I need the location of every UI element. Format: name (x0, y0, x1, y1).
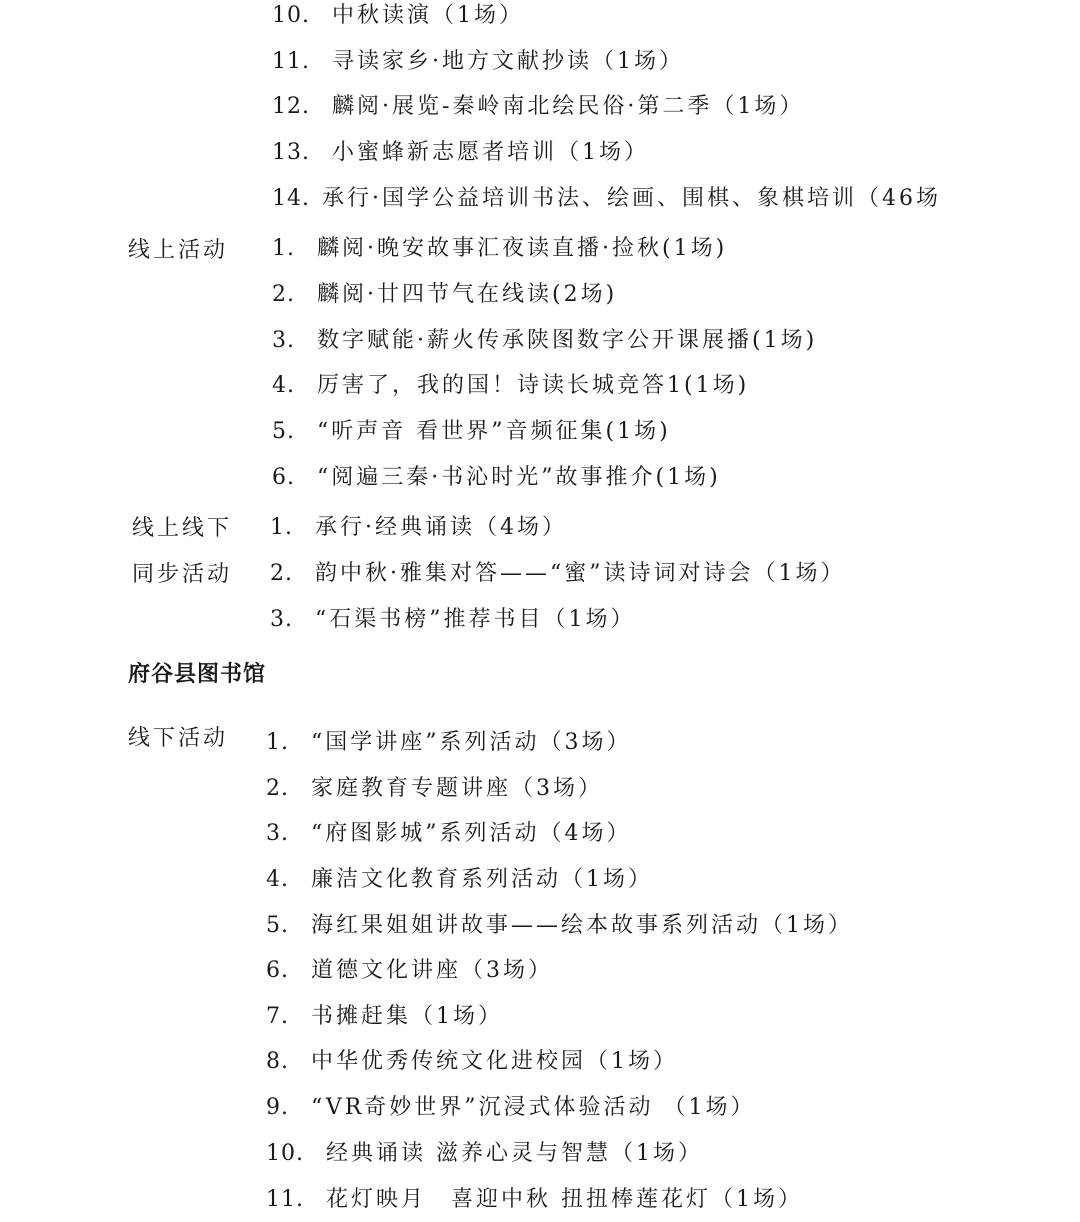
item-number: 11. (272, 47, 310, 77)
item-number: 11. (266, 1185, 304, 1215)
list-item: 2. 麟阅·廿四节气在线读(2场) (272, 280, 617, 310)
section-title-fugu-library: 府谷县图书馆 (128, 659, 266, 689)
list-item: 10. 中秋读演（1场） (272, 1, 524, 31)
item-number: 8. (266, 1047, 289, 1077)
item-number: 10. (266, 1139, 304, 1169)
item-text: 家庭教育专题讲座（3场） (311, 776, 603, 801)
list-item: 5. 海红果姐姐讲故事——绘本故事系列活动（1场） (266, 911, 853, 941)
item-number: 14. (272, 184, 310, 214)
category-label-offline: 线下活动 (128, 724, 228, 754)
item-number: 10. (272, 1, 310, 31)
list-item: 11. 花灯映月 喜迎中秋 扭扭棒莲花灯（1场） (266, 1185, 803, 1215)
item-number: 6. (266, 956, 289, 986)
item-text: 书摊赶集（1场） (311, 1004, 503, 1029)
list-item: 6. “阅遍三秦·书沁时光”故事推介(1场) (272, 463, 721, 493)
item-number: 1. (272, 234, 295, 264)
item-text: “听声音 看世界”音频征集(1场) (317, 419, 671, 444)
list-item: 2. 家庭教育专题讲座（3场） (266, 774, 603, 804)
list-item: 9. “VR奇妙世界”沉浸式体验活动 （1场） (266, 1093, 756, 1123)
item-text: 中华优秀传统文化进校园（1场） (311, 1049, 678, 1074)
list-item: 13. 小蜜蜂新志愿者培训（1场） (272, 138, 649, 168)
list-item: 3. “石渠书榜”推荐书目（1场） (270, 605, 636, 635)
item-text: 寻读家乡·地方文献抄读（1场） (332, 49, 684, 74)
list-item: 5. “听声音 看世界”音频征集(1场) (272, 417, 671, 447)
item-text: 海红果姐姐讲故事——绘本故事系列活动（1场） (311, 913, 853, 938)
item-text: 中秋读演（1场） (332, 3, 524, 28)
item-text: “阅遍三秦·书沁时光”故事推介(1场) (317, 465, 721, 490)
item-text: 道德文化讲座（3场） (311, 958, 553, 983)
item-text: “石渠书榜”推荐书目（1场） (315, 607, 636, 632)
item-number: 6. (272, 463, 295, 493)
item-number: 2. (266, 774, 289, 804)
item-number: 3. (270, 605, 293, 635)
item-text: 麟阅·展览-秦岭南北绘民俗·第二季（1场） (332, 94, 804, 119)
item-text: 数字赋能·薪火传承陕图数字公开课展播(1场) (317, 328, 817, 353)
list-item: 3. “府图影城”系列活动（4场） (266, 819, 632, 849)
list-item: 11. 寻读家乡·地方文献抄读（1场） (272, 47, 684, 77)
item-text: 韵中秋·雅集对答——“蜜”读诗词对诗会（1场） (315, 561, 846, 586)
list-item: 8. 中华优秀传统文化进校园（1场） (266, 1047, 678, 1077)
item-number: 9. (266, 1093, 289, 1123)
item-text: 花灯映月 喜迎中秋 扭扭棒莲花灯（1场） (326, 1187, 803, 1212)
item-text: 小蜜蜂新志愿者培训（1场） (332, 140, 649, 165)
item-text: 麟阅·廿四节气在线读(2场) (317, 282, 617, 307)
item-text: “VR奇妙世界”沉浸式体验活动 （1场） (311, 1095, 756, 1120)
list-item: 4. 廉洁文化教育系列活动（1场） (266, 865, 653, 895)
item-text: 承行·国学公益培训书法、绘画、围棋、象棋培训（46场 (322, 186, 941, 211)
item-number: 2. (272, 280, 295, 310)
item-number: 4. (266, 865, 289, 895)
item-text: 经典诵读 滋养心灵与智慧（1场） (326, 1141, 703, 1166)
item-number: 5. (272, 417, 295, 447)
category-label-sync-line2: 同步活动 (132, 560, 232, 590)
item-text: 麟阅·晚安故事汇夜读直播·捡秋(1场) (317, 236, 727, 261)
item-number: 4. (272, 371, 295, 401)
item-text: 厉害了，我的国！诗读长城竞答1(1场) (317, 373, 749, 398)
list-item: 1. 麟阅·晚安故事汇夜读直播·捡秋(1场) (272, 234, 727, 264)
list-item: 1. 承行·经典诵读（4场） (270, 513, 567, 543)
item-text: “府图影城”系列活动（4场） (311, 821, 632, 846)
list-item: 7. 书摊赶集（1场） (266, 1002, 503, 1032)
item-text: 廉洁文化教育系列活动（1场） (311, 867, 653, 892)
list-item: 3. 数字赋能·薪火传承陕图数字公开课展播(1场) (272, 326, 817, 356)
item-text: 承行·经典诵读（4场） (315, 515, 567, 540)
item-number: 1. (266, 728, 289, 758)
item-number: 12. (272, 92, 310, 122)
list-item: 2. 韵中秋·雅集对答——“蜜”读诗词对诗会（1场） (270, 559, 846, 589)
item-number: 13. (272, 138, 310, 168)
item-number: 5. (266, 911, 289, 941)
list-item: 14. 承行·国学公益培训书法、绘画、围棋、象棋培训（46场 (272, 184, 941, 214)
list-item: 10. 经典诵读 滋养心灵与智慧（1场） (266, 1139, 703, 1169)
item-text: “国学讲座”系列活动（3场） (311, 730, 632, 755)
item-number: 1. (270, 513, 293, 543)
item-number: 3. (266, 819, 289, 849)
item-number: 2. (270, 559, 293, 589)
category-label-sync-line1: 线上线下 (132, 514, 232, 544)
list-item: 6. 道德文化讲座（3场） (266, 956, 553, 986)
category-label-online: 线上活动 (128, 236, 228, 266)
list-item: 12. 麟阅·展览-秦岭南北绘民俗·第二季（1场） (272, 92, 804, 122)
item-number: 7. (266, 1002, 289, 1032)
list-item: 4. 厉害了，我的国！诗读长城竞答1(1场) (272, 371, 749, 401)
item-number: 3. (272, 326, 295, 356)
list-item: 1. “国学讲座”系列活动（3场） (266, 728, 632, 758)
